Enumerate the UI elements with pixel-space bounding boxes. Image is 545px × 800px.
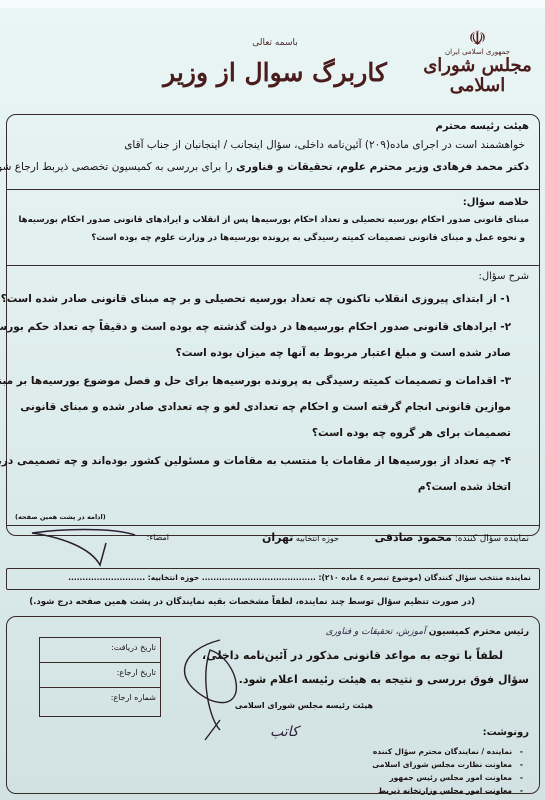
handwritten-sign: کاتب bbox=[270, 724, 299, 740]
question-3-line-3: تصمیمات برای هر گروه چه بوده است؟ bbox=[312, 427, 511, 439]
divider bbox=[7, 265, 539, 266]
multi-rep-note: (در صورت تنظیم سؤال توسط چند نماینده، لط… bbox=[29, 597, 475, 607]
referral-date-field[interactable]: تاریخ ارجاع: bbox=[40, 663, 160, 688]
cc-item: - نماینده / نمایندگان محترم سؤال کننده bbox=[373, 747, 523, 756]
cc-item: - معاونت امور مجلس رئیس جمهور bbox=[389, 773, 523, 782]
question-2-line-1: ۲- ایرادهای قانونی صدور احکام بورسیه‌ها … bbox=[0, 321, 511, 333]
question-1: ۱- از ابتدای پیروزی انقلاب تاکنون چه تعد… bbox=[1, 293, 511, 305]
referral-box: رئیس محترم کمیسیون آموزش، تحقیقات و فناو… bbox=[6, 616, 540, 794]
summary-label: خلاصه سؤال: bbox=[463, 197, 529, 208]
question-4-line-2: اتخاذ شده است؟م bbox=[418, 481, 511, 493]
summary-line-2: و نحوه عمل و مبنای قانونی تصمیمات کمیته … bbox=[91, 233, 525, 243]
scan-edge bbox=[0, 0, 545, 8]
received-date-field[interactable]: تاریخ دریافت: bbox=[40, 638, 160, 663]
cc-label: رونوشت: bbox=[483, 727, 529, 738]
parliament-logo: ☫ جمهوری اسلامی ایران مجلس شورای اسلامی bbox=[420, 28, 535, 106]
question-3-line-2: موازین قانونی انجام گرفته است و احکام چه… bbox=[20, 401, 511, 413]
question-3-line-1: ۳- اقدامات و تصمیمات کمیته رسیدگی به پرو… bbox=[0, 375, 511, 387]
referral-from: هیئت رئیسه مجلس شورای اسلامی bbox=[235, 701, 373, 710]
summary-line-1: مبنای قانونی صدور احکام بورسیه تحصیلی و … bbox=[18, 215, 529, 225]
date-box: تاریخ دریافت: تاریخ ارجاع: شماره ارجاع: bbox=[39, 637, 161, 717]
cc-item-text: معاونت امور مجلس وزارتخانه ذیربط bbox=[378, 786, 512, 795]
question-4-line-1: ۴- چه تعداد از بورسیه‌ها از مقامات یا من… bbox=[0, 455, 511, 467]
cc-item-text: معاونت امور مجلس رئیس جمهور bbox=[389, 773, 512, 782]
minister-name: دکتر محمد فرهادی وزیر محترم علوم، تحقیقا… bbox=[236, 161, 529, 173]
rep-name: محمود صادقی bbox=[375, 531, 452, 544]
district-row: حوزه انتخابیه تهران bbox=[262, 531, 339, 544]
referral-addressee-text: رئیس محترم کمیسیون bbox=[429, 627, 529, 637]
cc-item-text: معاونت نظارت مجلس شورای اسلامی bbox=[372, 760, 512, 769]
description-label: شرح سؤال: bbox=[479, 271, 530, 282]
referral-number-field[interactable]: شماره ارجاع: bbox=[40, 688, 160, 713]
addressee: هیئت رئیسه محترم bbox=[435, 121, 529, 132]
summary-section: خلاصه سؤال: مبنای قانونی صدور احکام بورس… bbox=[7, 191, 539, 257]
header: باسمه تعالی کاربرگ سوال از وزیر ☫ جمهوری… bbox=[0, 28, 545, 108]
question-form-box: هیئت رئیسه محترم خواهشمند است در اجرای م… bbox=[6, 114, 540, 536]
request-line-2-rest: را برای بررسی به کمیسیون تخصصی ذیربط ارج… bbox=[0, 161, 233, 173]
handwritten-committee: آموزش، تحقیقات و فناوری bbox=[326, 627, 426, 637]
selected-rep-box: نماینده منتخب سؤال کنندگان (موضوع تبصره … bbox=[6, 568, 540, 590]
cc-item-text: نماینده / نمایندگان محترم سؤال کننده bbox=[373, 747, 512, 756]
divider bbox=[7, 189, 539, 190]
invocation: باسمه تعالی bbox=[220, 38, 330, 48]
signature-label: امضاء: bbox=[147, 533, 169, 542]
district-label: حوزه انتخابیه bbox=[296, 534, 339, 543]
signatory-row: نماینده سؤال کننده: محمود صادقی bbox=[375, 531, 529, 544]
referral-addressee: رئیس محترم کمیسیون آموزش، تحقیقات و فناو… bbox=[326, 627, 529, 637]
cc-item: - معاونت نظارت مجلس شورای اسلامی bbox=[372, 760, 523, 769]
district-name: تهران bbox=[262, 531, 293, 544]
request-line-2: دکتر محمد فرهادی وزیر محترم علوم، تحقیقا… bbox=[0, 161, 529, 173]
request-section: هیئت رئیسه محترم خواهشمند است در اجرای م… bbox=[7, 115, 539, 189]
divider bbox=[7, 525, 539, 526]
rep-label: نماینده سؤال کننده: bbox=[455, 534, 529, 544]
cc-item: - معاونت امور مجلس وزارتخانه ذیربط bbox=[378, 786, 523, 795]
continuation-note: (ادامه در پشت همین صفحه) bbox=[15, 513, 106, 521]
referral-line-2: سؤال فوق بررسی و نتیجه به هیئت رئیسه اعل… bbox=[239, 673, 529, 686]
description-section: شرح سؤال: ۱- از ابتدای پیروزی انقلاب تاک… bbox=[7, 267, 539, 507]
question-2-line-2: صادر شده است و مبلغ اعتبار مربوط به آنها… bbox=[176, 347, 511, 359]
form-title: کاربرگ سوال از وزیر bbox=[160, 58, 390, 87]
request-line-1: خواهشمند است در اجرای ماده(۲۰۹) آئین‌نام… bbox=[124, 139, 525, 151]
referral-line-1: لطفاً با توجه به مواعد قانونی مذکور در آ… bbox=[202, 649, 503, 662]
iran-emblem-icon: ☫ bbox=[420, 28, 535, 48]
logo-name: مجلس شورای اسلامی bbox=[420, 56, 535, 96]
selected-rep-text: نماینده منتخب سؤال کنندگان (موضوع تبصره … bbox=[68, 573, 531, 582]
